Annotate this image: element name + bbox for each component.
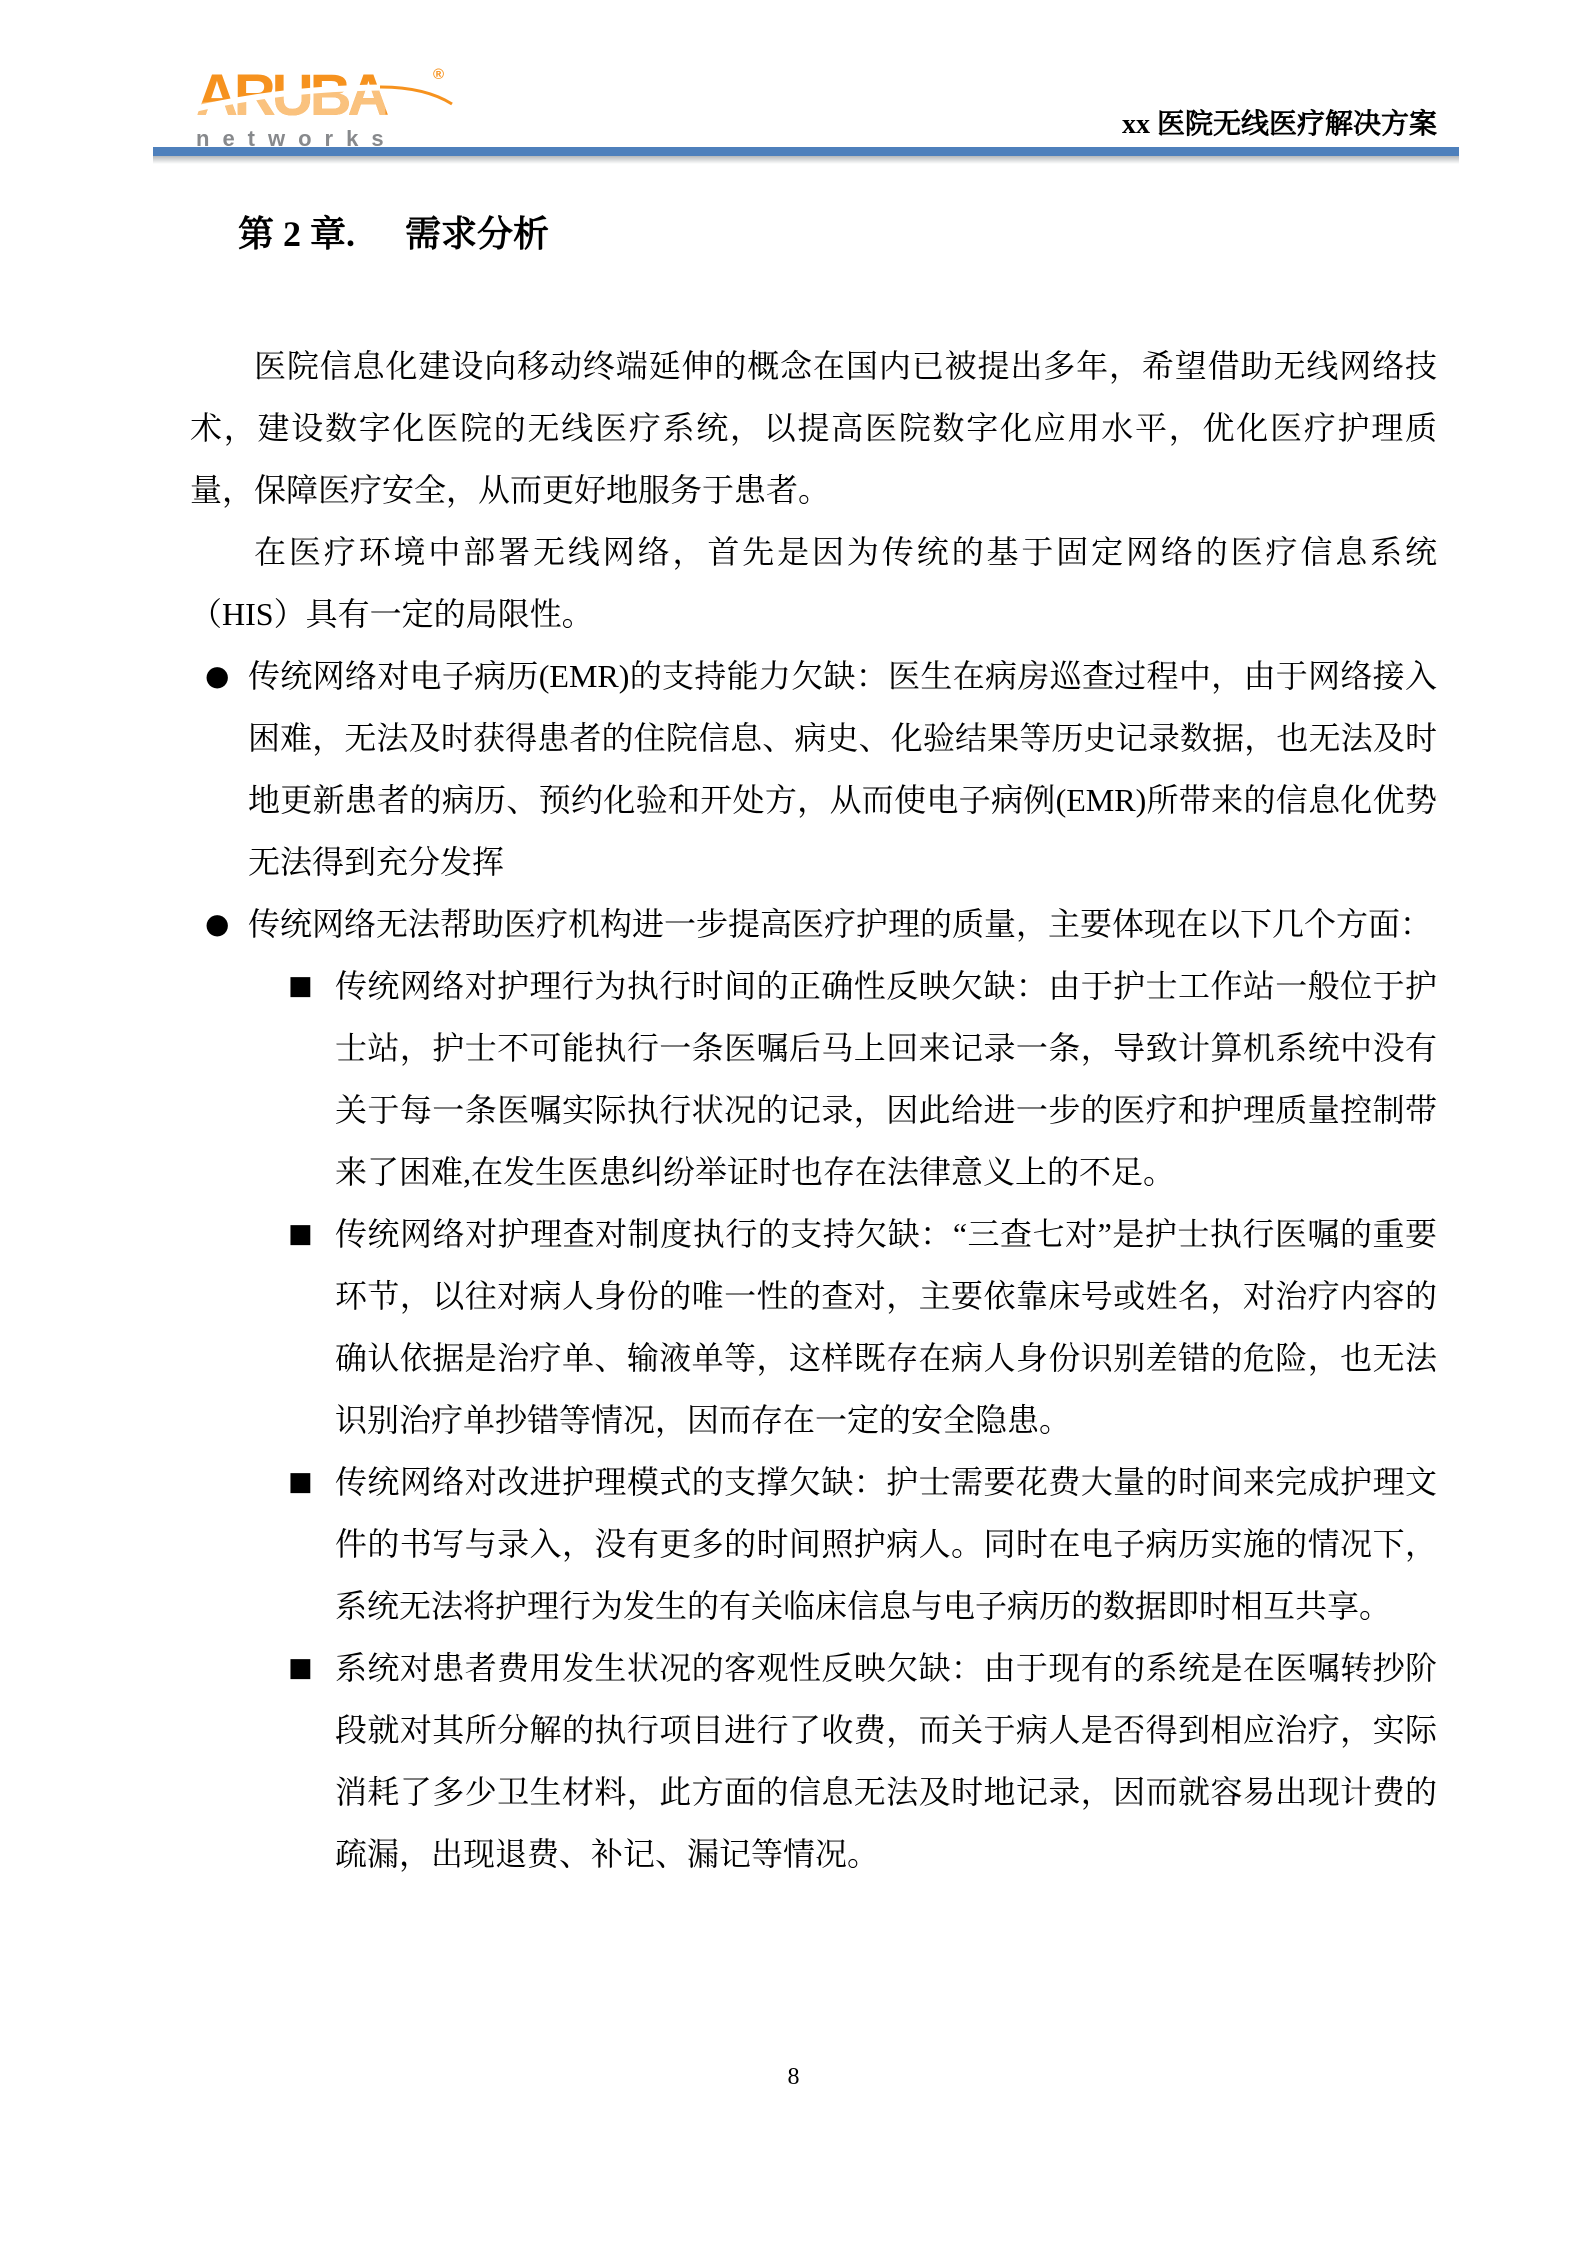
chapter-title: 需求分析: [405, 214, 549, 254]
bullet-square-icon: ■: [288, 1203, 313, 1265]
chapter-number: 第 2 章.: [238, 214, 355, 254]
list-item: ● 传统网络对电子病历(EMR)的支持能力欠缺：医生在病房巡查过程中，由于网络接…: [190, 645, 1437, 893]
aruba-logo: ARUBA ARUBA ® networks: [196, 70, 436, 150]
list-item-text: 传统网络对电子病历(EMR)的支持能力欠缺：医生在病房巡查过程中，由于网络接入困…: [248, 645, 1437, 893]
header-divider: [153, 147, 1459, 156]
header-doc-title: xx 医院无线医疗解决方案: [1122, 102, 1437, 142]
registered-trademark-icon: ®: [433, 66, 444, 83]
bullet-circle-icon: ●: [205, 893, 229, 955]
aruba-logo-wordmark: ARUBA ARUBA ®: [196, 70, 428, 122]
list-item-text: 传统网络对护理查对制度执行的支持欠缺：“三查七对”是护士执行医嘱的重要环节，以往…: [335, 1203, 1437, 1451]
document-page: ARUBA ARUBA ® networks xx 医院无线医疗解决方案 第 2…: [0, 0, 1587, 2245]
paragraph: 在医疗环境中部署无线网络，首先是因为传统的基于固定网络的医疗信息系统（HIS）具…: [190, 521, 1437, 645]
list-item: ■ 传统网络对改进护理模式的支撑欠缺：护士需要花费大量的时间来完成护理文件的书写…: [190, 1451, 1437, 1637]
paragraph: 医院信息化建设向移动终端延伸的概念在国内已被提出多年，希望借助无线网络技术，建设…: [190, 335, 1437, 521]
list-item: ■ 系统对患者费用发生状况的客观性反映欠缺：由于现有的系统是在医嘱转抄阶段就对其…: [190, 1637, 1437, 1885]
bullet-square-icon: ■: [288, 1637, 313, 1699]
list-item-text: 传统网络对改进护理模式的支撑欠缺：护士需要花费大量的时间来完成护理文件的书写与录…: [335, 1451, 1437, 1637]
bullet-square-icon: ■: [288, 955, 313, 1017]
list-item: ■ 传统网络对护理行为执行时间的正确性反映欠缺：由于护士工作站一般位于护士站，护…: [190, 955, 1437, 1203]
list-item: ■ 传统网络对护理查对制度执行的支持欠缺：“三查七对”是护士执行医嘱的重要环节，…: [190, 1203, 1437, 1451]
bullet-square-icon: ■: [288, 1451, 313, 1513]
body-text: 医院信息化建设向移动终端延伸的概念在国内已被提出多年，希望借助无线网络技术，建设…: [190, 335, 1437, 1885]
chapter-heading: 第 2 章.需求分析: [238, 212, 549, 256]
page-number: 8: [0, 2062, 1587, 2092]
list-item-text: 传统网络对护理行为执行时间的正确性反映欠缺：由于护士工作站一般位于护士站，护士不…: [335, 955, 1437, 1203]
list-item: ● 传统网络无法帮助医疗机构进一步提高医疗护理的质量，主要体现在以下几个方面：: [190, 893, 1437, 955]
list-item-text: 系统对患者费用发生状况的客观性反映欠缺：由于现有的系统是在医嘱转抄阶段就对其所分…: [335, 1637, 1437, 1885]
list-item-text: 传统网络无法帮助医疗机构进一步提高医疗护理的质量，主要体现在以下几个方面：: [248, 893, 1437, 955]
bullet-circle-icon: ●: [205, 645, 229, 707]
